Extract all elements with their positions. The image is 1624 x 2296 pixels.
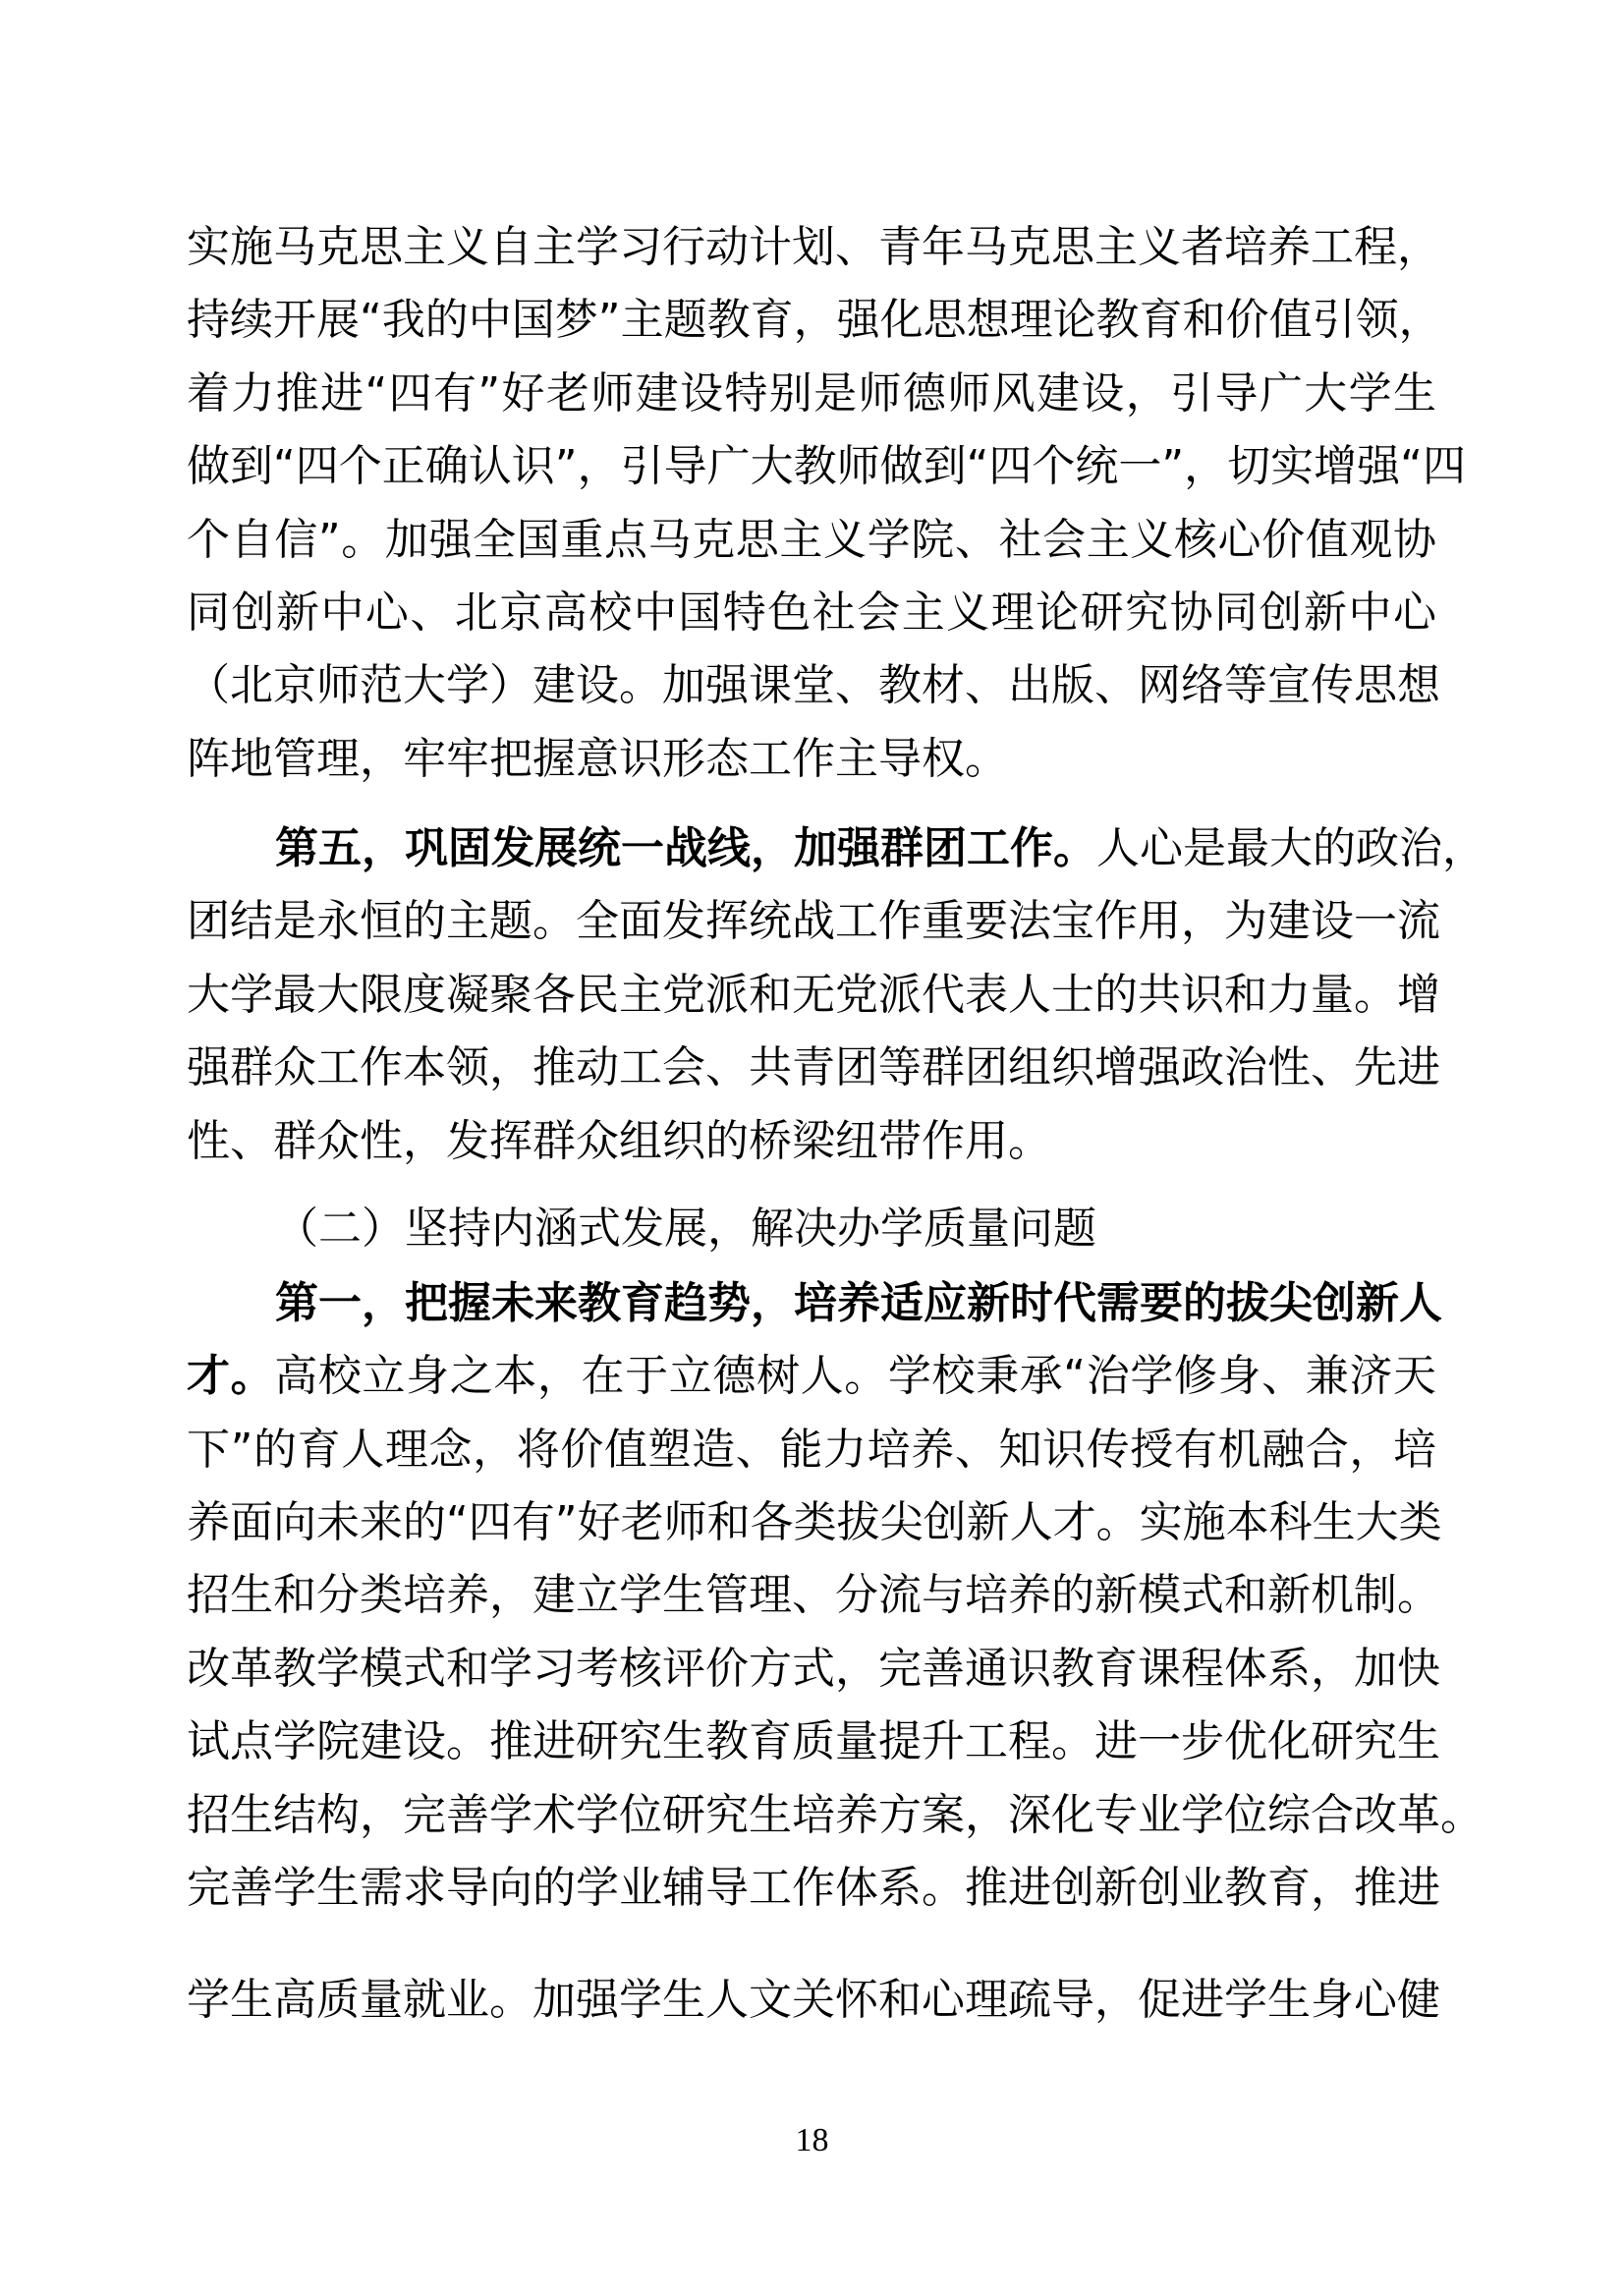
paragraph-line: 团结是永恒的主题。全面发挥统战工作重要法宝作用，为建设一流	[187, 892, 1436, 951]
paragraph-first-line: 第五，巩固发展统一战线，加强群团工作。人心是最大的政治，	[275, 819, 1436, 878]
paragraph-line: 持续开展“我的中国梦”主题教育，强化思想理论教育和价值引领，	[187, 291, 1436, 350]
paragraph-line: 改革教学模式和学习考核评价方式，完善通识教育课程体系，加快	[187, 1640, 1436, 1699]
paragraph-bold-lead: 第五，巩固发展统一战线，加强群团工作。	[275, 823, 1096, 873]
paragraph-line: 养面向未来的“四有”好老师和各类拔尖创新人才。实施本科生大类	[187, 1493, 1436, 1552]
paragraph-line: 试点学院建设。推进研究生教育质量提升工程。进一步优化研究生	[187, 1712, 1436, 1771]
paragraph-line: 学生高质量就业。加强学生人文关怀和心理疏导，促进学生身心健	[187, 1971, 1436, 2030]
paragraph-line: 做到“四个正确认识”，引导广大教师做到“四个统一”，切实增强“四	[187, 437, 1436, 496]
paragraph-line: 着力推进“四有”好老师建设特别是师德师风建设，引导广大学生	[187, 364, 1436, 423]
paragraph-bold-lead: 第一，把握未来教育趋势，培养适应新时代需要的拔尖创新人	[275, 1274, 1436, 1333]
paragraph-line: 实施马克思主义自主学习行动计划、青年马克思主义者培养工程，	[187, 218, 1436, 277]
page-number: 18	[0, 2122, 1624, 2159]
paragraph-line: 强群众工作本领，推动工会、共青团等群团组织增强政治性、先进	[187, 1038, 1436, 1097]
paragraph-line: 下”的育人理念，将价值塑造、能力培养、知识传授有机融合，培	[187, 1421, 1436, 1480]
paragraph-line: 个自信”。加强全国重点马克思主义学院、社会主义核心价值观协	[187, 511, 1436, 570]
paragraph-line: （北京师范大学）建设。加强课堂、教材、出版、网络等宣传思想	[187, 656, 1436, 715]
paragraph-line: 大学最大限度凝聚各民主党派和无党派代表人士的共识和力量。增	[187, 966, 1436, 1025]
paragraph-line: 阵地管理，牢牢把握意识形态工作主导权。	[187, 730, 1436, 789]
paragraph-text: 高校立身之本，在于立德树人。学校秉承“治学修身、兼济天	[274, 1351, 1436, 1401]
paragraph-line: 才。高校立身之本，在于立德树人。学校秉承“治学修身、兼济天	[187, 1347, 1436, 1406]
paragraph-line: 完善学生需求导向的学业辅导工作体系。推进创新创业教育，推进	[187, 1859, 1436, 1918]
section-heading: （二）坚持内涵式发展，解决办学质量问题	[275, 1200, 1096, 1259]
paragraph-line: 招生结构，完善学术学位研究生培养方案，深化专业学位综合改革。	[187, 1786, 1436, 1845]
paragraph-line: 性、群众性，发挥群众组织的桥梁纽带作用。	[187, 1112, 1436, 1171]
paragraph-line: 同创新中心、北京高校中国特色社会主义理论研究协同创新中心	[187, 584, 1436, 643]
paragraph-bold-lead-end: 才。	[187, 1351, 274, 1401]
paragraph-text: 人心是最大的政治，	[1096, 823, 1485, 873]
document-page: 实施马克思主义自主学习行动计划、青年马克思主义者培养工程， 持续开展“我的中国梦…	[0, 0, 1624, 2296]
paragraph-line: 招生和分类培养，建立学生管理、分流与培养的新模式和新机制。	[187, 1566, 1436, 1625]
